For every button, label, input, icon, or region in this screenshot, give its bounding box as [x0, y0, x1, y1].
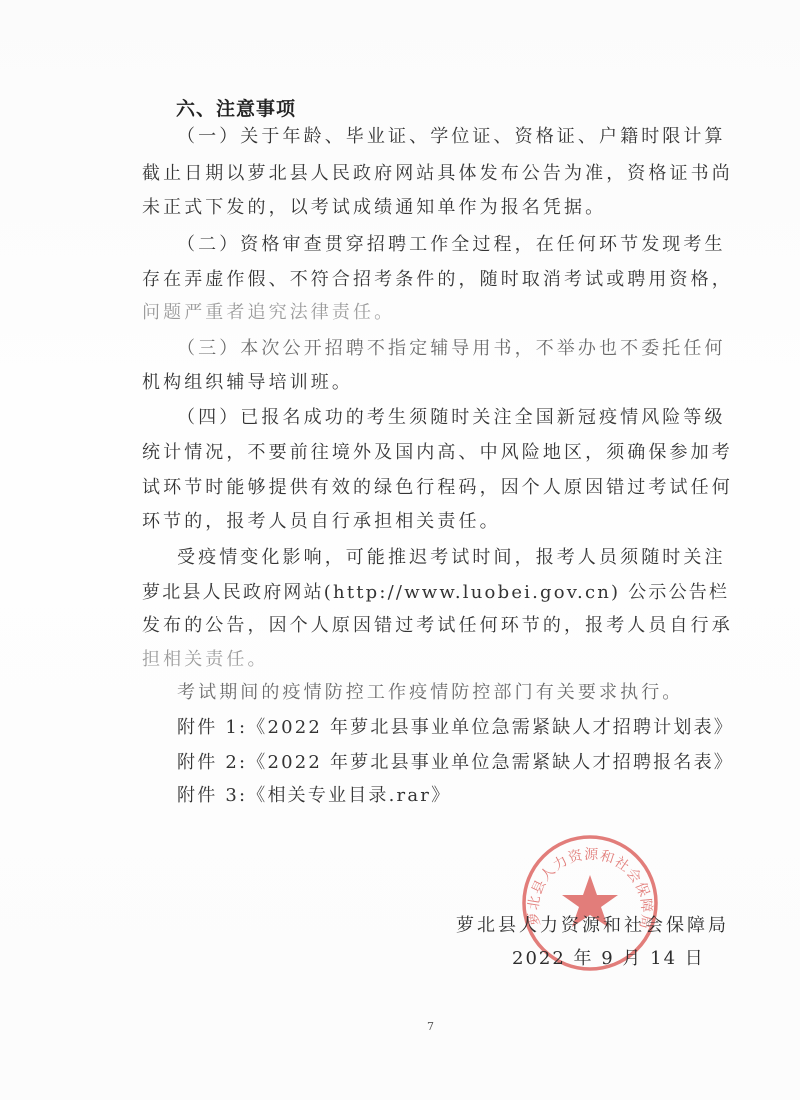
- paragraph-1-line-1: （一）关于年龄、毕业证、学位证、资格证、户籍时限计算: [177, 125, 726, 149]
- paragraph-1-line-2: 截止日期以萝北县人民政府网站具体发布公告为准，资格证书尚: [142, 162, 733, 186]
- paragraph-5-line-4: 担相关责任。: [142, 648, 269, 672]
- paragraph-2-line-1: （二）资格审查贯穿招聘工作全过程，在任何环节发现考生: [177, 233, 726, 257]
- paragraph-1-line-3: 未正式下发的，以考试成绩通知单作为报名凭据。: [142, 196, 606, 220]
- paragraph-4-line-2: 统计情况，不要前往境外及国内高、中风险地区，须确保参加考: [142, 441, 733, 465]
- attachment-1: 附件 1:《2022 年萝北县事业单位急需紧缺人才招聘计划表》: [177, 716, 734, 740]
- document-page: 六、注意事项 （一）关于年龄、毕业证、学位证、资格证、户籍时限计算 截止日期以萝…: [0, 0, 800, 1100]
- paragraph-4-line-4: 环节的，报考人员自行承担相关责任。: [142, 510, 501, 534]
- paragraph-4-line-1: （四）已报名成功的考生须随时关注全国新冠疫情风险等级: [177, 406, 726, 430]
- paragraph-5-line-3: 发布的公告，因个人原因错过考试任何环节的，报考人员自行承: [142, 614, 733, 638]
- paragraph-5-line-2: 萝北县人民政府网站(http://www.luobei.gov.cn) 公示公告…: [142, 581, 729, 605]
- paragraph-5-line-1: 受疫情变化影响，可能推迟考试时间，报考人员须随时关注: [177, 546, 726, 570]
- page-number: 7: [427, 1020, 434, 1033]
- attachment-3: 附件 3:《相关专业目录.rar》: [177, 784, 451, 808]
- section-heading: 六、注意事项: [176, 94, 296, 121]
- signature-date: 2022 年 9 月 14 日: [512, 944, 705, 970]
- signature-organization: 萝北县人力资源和社会保障局: [456, 911, 729, 937]
- paragraph-3-line-1: （三）本次公开招聘不指定辅导用书，不举办也不委托任何: [177, 337, 726, 361]
- attachment-2: 附件 2:《2022 年萝北县事业单位急需紧缺人才招聘报名表》: [177, 751, 734, 775]
- paragraph-6-line-1: 考试期间的疫情防控工作疫情防控部门有关要求执行。: [177, 681, 683, 705]
- paragraph-3-line-2: 机构组织辅导培训班。: [142, 371, 353, 395]
- paragraph-2-line-3: 问题严重者追究法律责任。: [142, 301, 395, 325]
- paragraph-2-line-2: 存在弄虚作假、不符合招考条件的，随时取消考试或聘用资格，: [142, 268, 733, 292]
- paragraph-4-line-3: 试环节时能够提供有效的绿色行程码，因个人原因错过考试任何: [142, 476, 733, 500]
